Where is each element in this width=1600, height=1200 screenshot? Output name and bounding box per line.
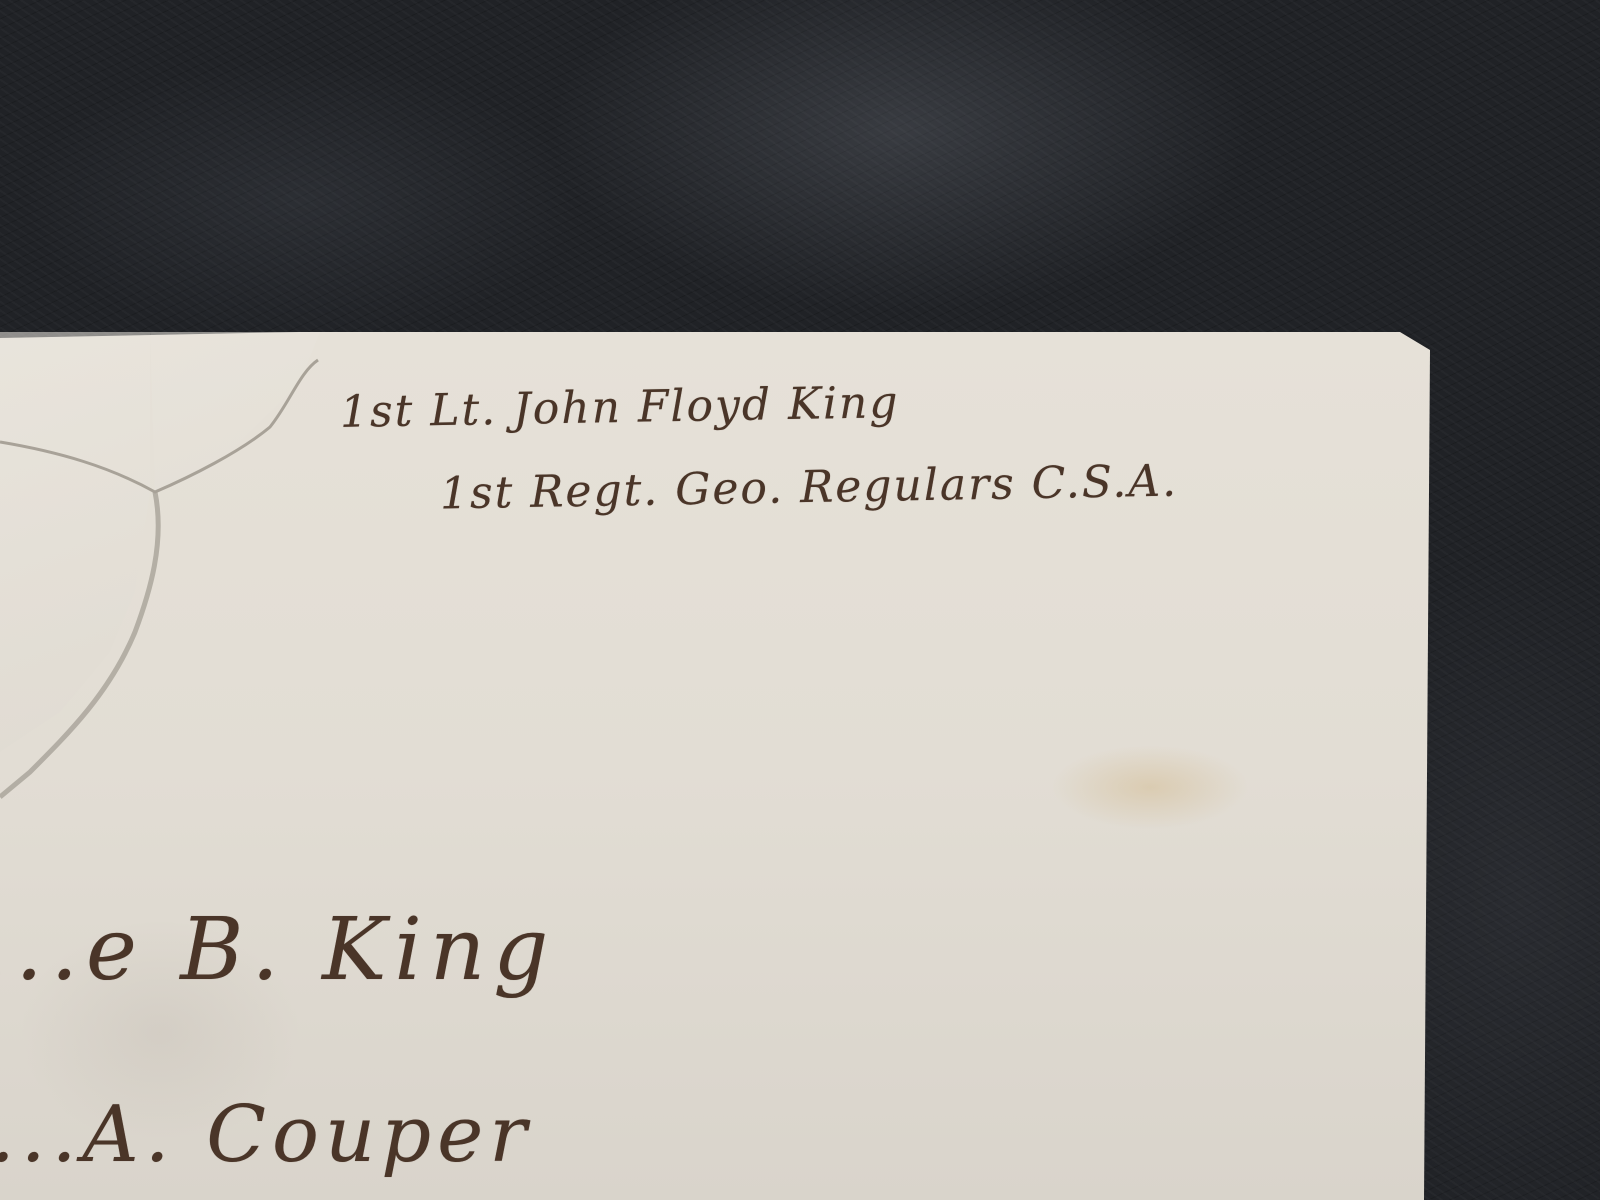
addressee-line-2: ...A. Couper	[0, 1090, 533, 1180]
return-address-line-1: 1st Lt. John Floyd King	[340, 377, 900, 438]
addressee-line-1: ...e B. King	[0, 900, 556, 1000]
